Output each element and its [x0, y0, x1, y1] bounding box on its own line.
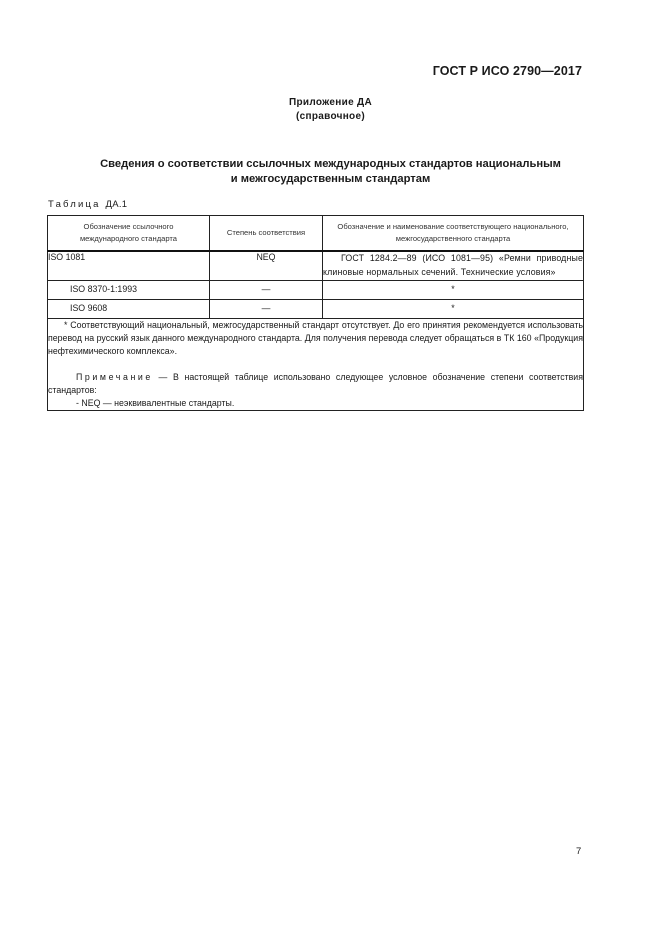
header-international-standard: Обозначение ссылочного международного ст… — [48, 216, 210, 252]
section-title: Сведения о соответствии ссылочных междун… — [0, 157, 661, 187]
page-number: 7 — [576, 846, 581, 857]
table-caption-prefix: Таблица — [48, 199, 101, 210]
document-code: ГОСТ Р ИСО 2790—2017 — [433, 64, 582, 78]
cell-degree: NEQ — [210, 251, 323, 281]
section-title-line-2: и межгосударственным стандартам — [0, 172, 661, 187]
table-header-row: Обозначение ссылочного международного ст… — [48, 216, 584, 252]
table-row: ISO 1081 NEQ ГОСТ 1284.2—89 (ИСО 1081—95… — [48, 251, 584, 281]
footnote: * Соответствующий национальный, межгосуд… — [48, 319, 583, 358]
appendix-subtitle: (справочное) — [0, 110, 661, 124]
cell-national: ГОСТ 1284.2—89 (ИСО 1081—95) «Ремни прив… — [323, 251, 584, 281]
cell-degree: — — [210, 300, 323, 319]
correspondence-table: Обозначение ссылочного международного ст… — [47, 215, 584, 411]
appendix-heading: Приложение ДА (справочное) — [0, 96, 661, 124]
appendix-title: Приложение ДА — [0, 96, 661, 110]
table-row: ISO 8370-1:1993 — * — [48, 281, 584, 300]
cell-degree: — — [210, 281, 323, 300]
section-title-line-1: Сведения о соответствии ссылочных междун… — [0, 157, 661, 172]
header-national-standard: Обозначение и наименование соответствующ… — [323, 216, 584, 252]
table-notes-row: * Соответствующий национальный, межгосуд… — [48, 319, 584, 411]
cell-standard: ISO 8370-1:1993 — [48, 281, 210, 300]
cell-national: * — [323, 300, 584, 319]
table-caption-number: ДА.1 — [106, 199, 128, 210]
note-label: Примечание — [76, 372, 153, 382]
table-row: ISO 9608 — * — [48, 300, 584, 319]
cell-standard: ISO 9608 — [48, 300, 210, 319]
header-degree: Степень соответствия — [210, 216, 323, 252]
note: Примечание — В настоящей таблице использ… — [48, 371, 583, 397]
table-caption: Таблица ДА.1 — [48, 199, 127, 210]
cell-national: * — [323, 281, 584, 300]
table-notes: * Соответствующий национальный, межгосуд… — [48, 319, 584, 411]
cell-standard: ISO 1081 — [48, 251, 210, 281]
note-item: - NEQ — неэквивалентные стандарты. — [48, 397, 583, 410]
